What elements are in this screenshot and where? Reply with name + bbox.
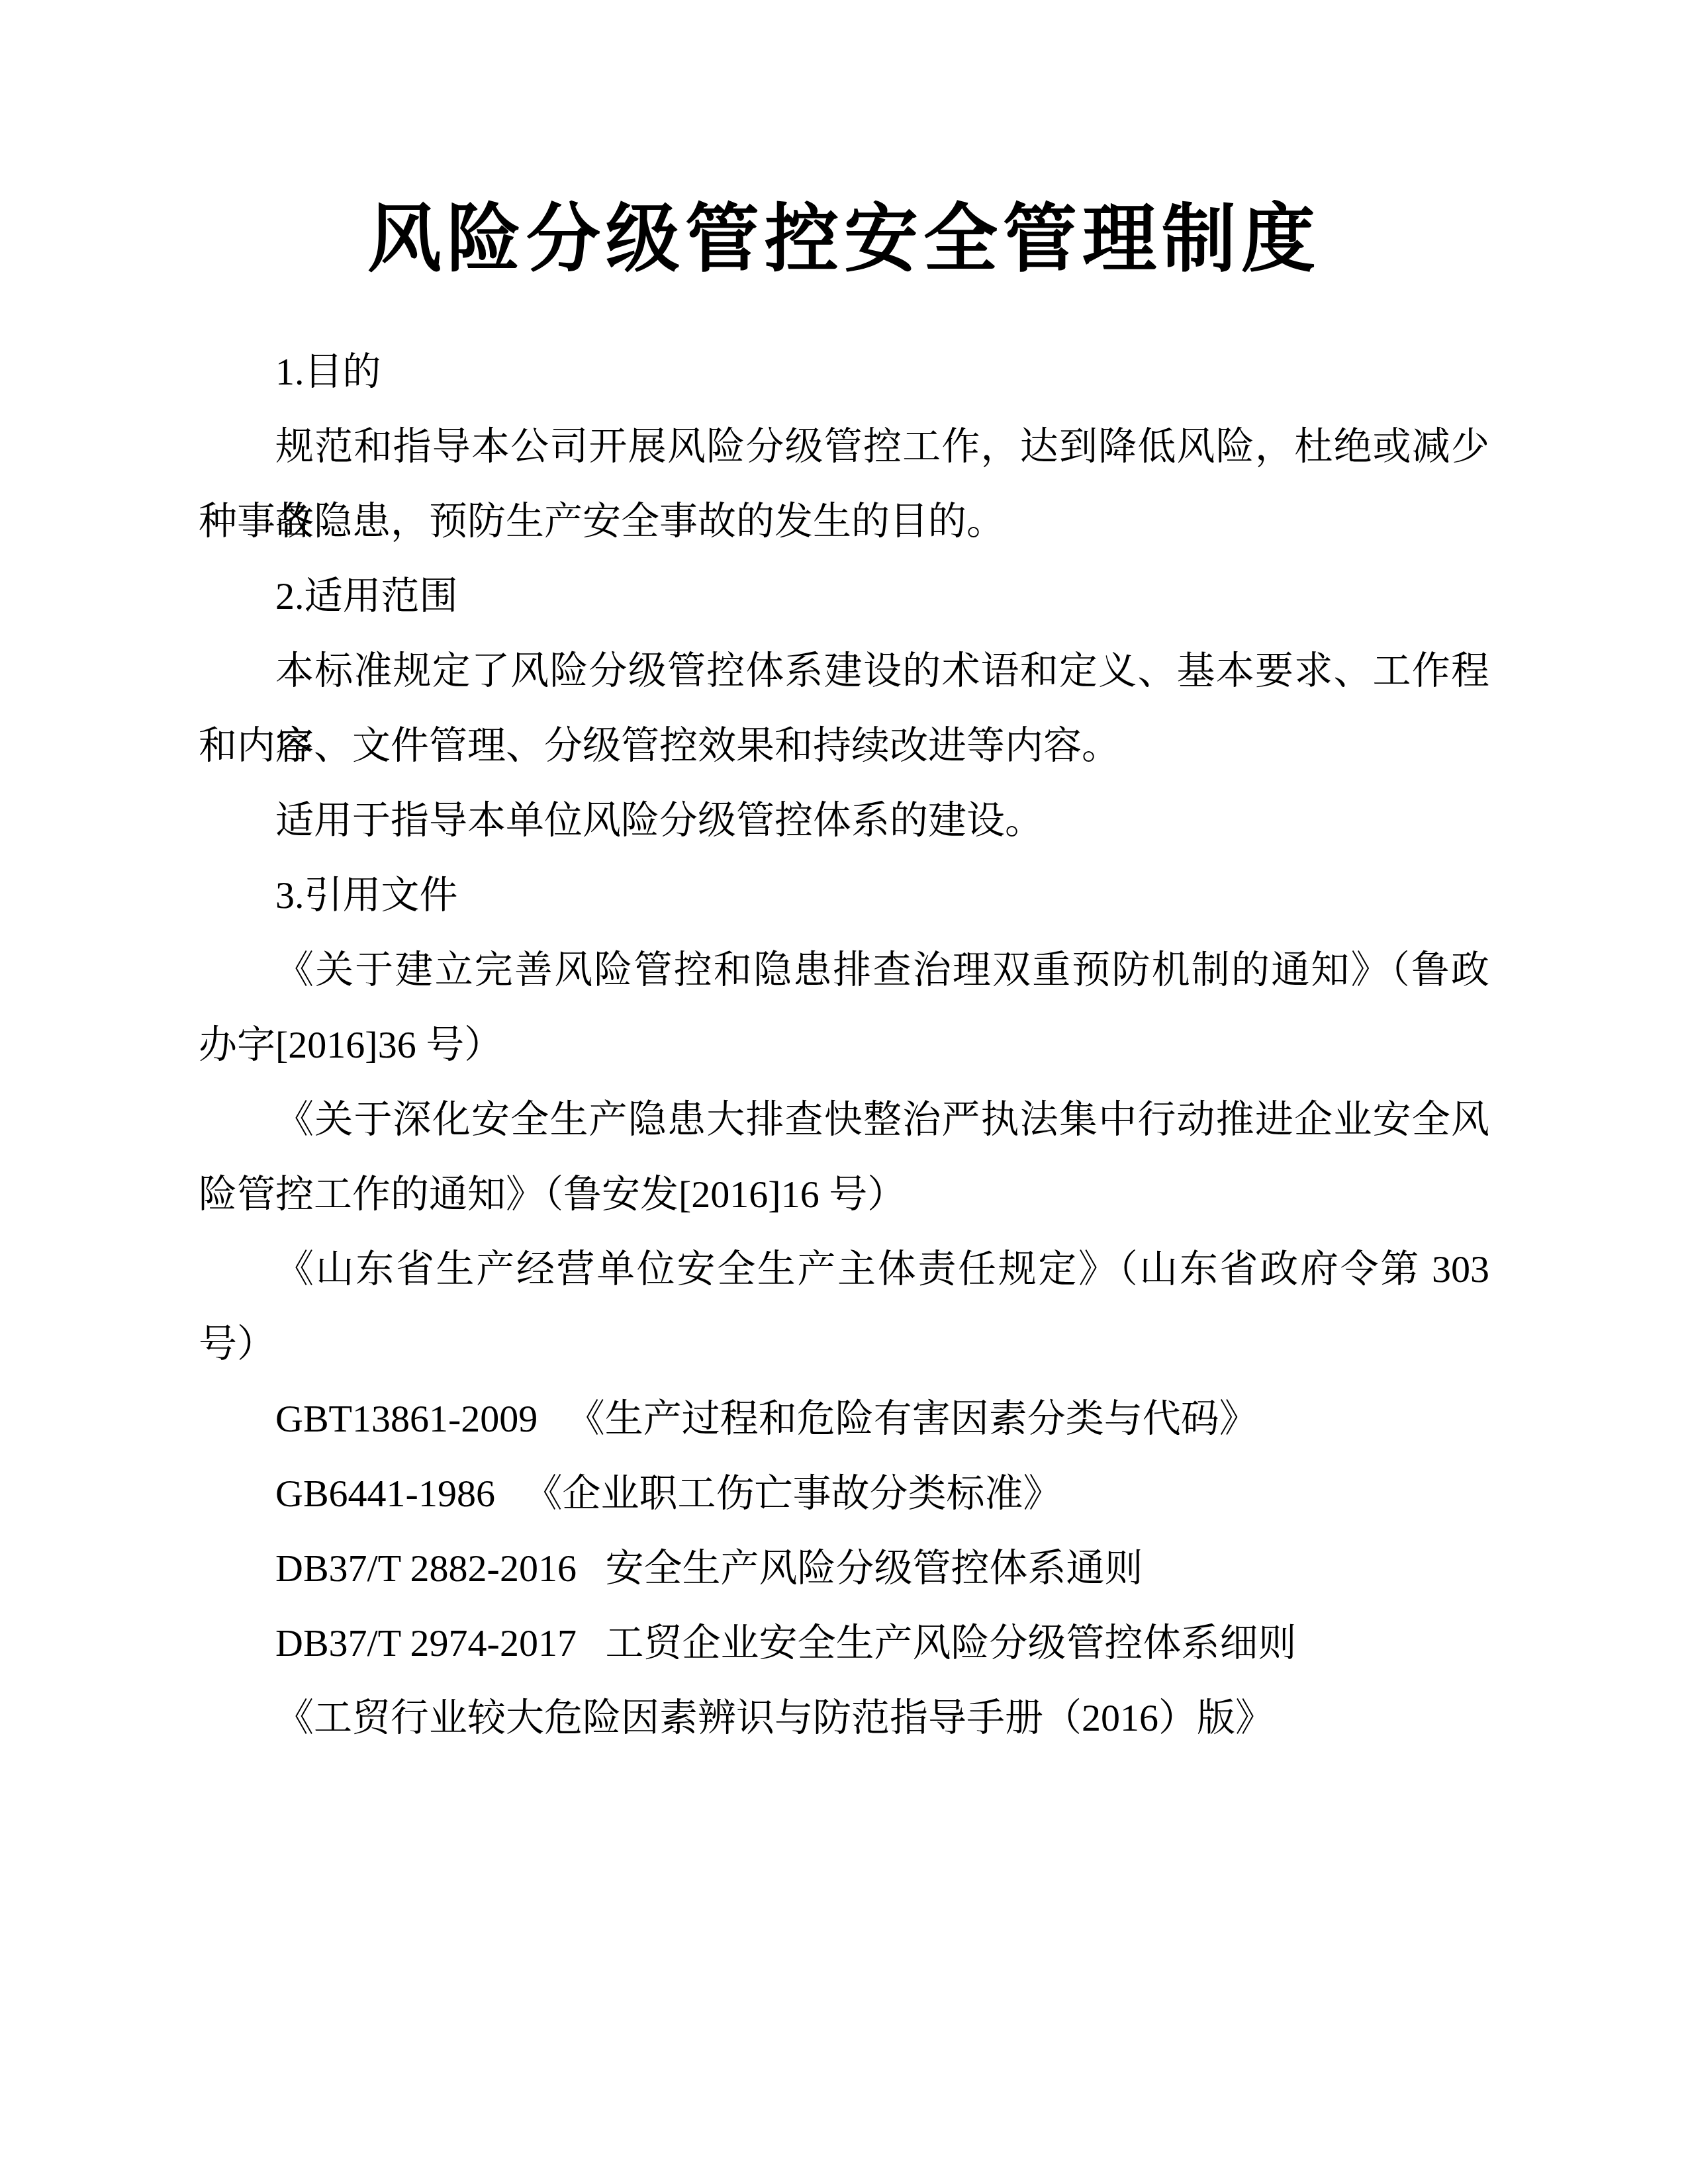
para-purpose-line2: 种事故隐患，预防生产安全事故的发生的目的。 [199, 484, 1489, 559]
para-scope-applicability: 适用于指导本单位风险分级管控体系的建设。 [199, 783, 1489, 858]
document-body: 1.目的 规范和指导本公司开展风险分级管控工作，达到降低风险，杜绝或减少各 种事… [199, 334, 1489, 1755]
heading-purpose: 1.目的 [199, 334, 1489, 409]
document-page: 风险分级管控安全管理制度 1.目的 规范和指导本公司开展风险分级管控工作，达到降… [0, 0, 1688, 2184]
ref-shandong-regulation-line2: 号） [199, 1306, 1489, 1381]
ref-notice-lu-zheng-line1: 《关于建立完善风险管控和隐患排查治理双重预防机制的通知》（鲁政 [199, 933, 1489, 1007]
ref-notice-lu-an-fa-line2: 险管控工作的通知》（鲁安发[2016]16 号） [199, 1157, 1489, 1232]
ref-notice-lu-zheng-line2: 办字[2016]36 号） [199, 1007, 1489, 1082]
ref-industry-manual-2016: 《工贸行业较大危险因素辨识与防范指导手册（2016）版》 [199, 1680, 1489, 1755]
ref-gbt13861-2009: GBT13861-2009 《生产过程和危险有害因素分类与代码》 [199, 1381, 1489, 1456]
ref-notice-lu-an-fa-line1: 《关于深化安全生产隐患大排查快整治严执法集中行动推进企业安全风 [199, 1082, 1489, 1157]
ref-gb6441-1986: GB6441-1986 《企业职工伤亡事故分类标准》 [199, 1456, 1489, 1531]
ref-db37t-2882-2016: DB37/T 2882-2016 安全生产风险分级管控体系通则 [199, 1531, 1489, 1606]
document-title: 风险分级管控安全管理制度 [0, 191, 1688, 290]
heading-scope: 2.适用范围 [199, 559, 1489, 633]
para-scope-line2: 和内容、文件管理、分级管控效果和持续改进等内容。 [199, 708, 1489, 783]
ref-db37t-2974-2017: DB37/T 2974-2017 工贸企业安全生产风险分级管控体系细则 [199, 1606, 1489, 1680]
para-purpose-line1: 规范和指导本公司开展风险分级管控工作，达到降低风险，杜绝或减少各 [199, 409, 1489, 484]
ref-shandong-regulation-line1: 《山东省生产经营单位安全生产主体责任规定》（山东省政府令第 303 [199, 1232, 1489, 1306]
para-scope-line1: 本标准规定了风险分级管控体系建设的术语和定义、基本要求、工作程序 [199, 633, 1489, 708]
heading-references: 3.引用文件 [199, 858, 1489, 933]
